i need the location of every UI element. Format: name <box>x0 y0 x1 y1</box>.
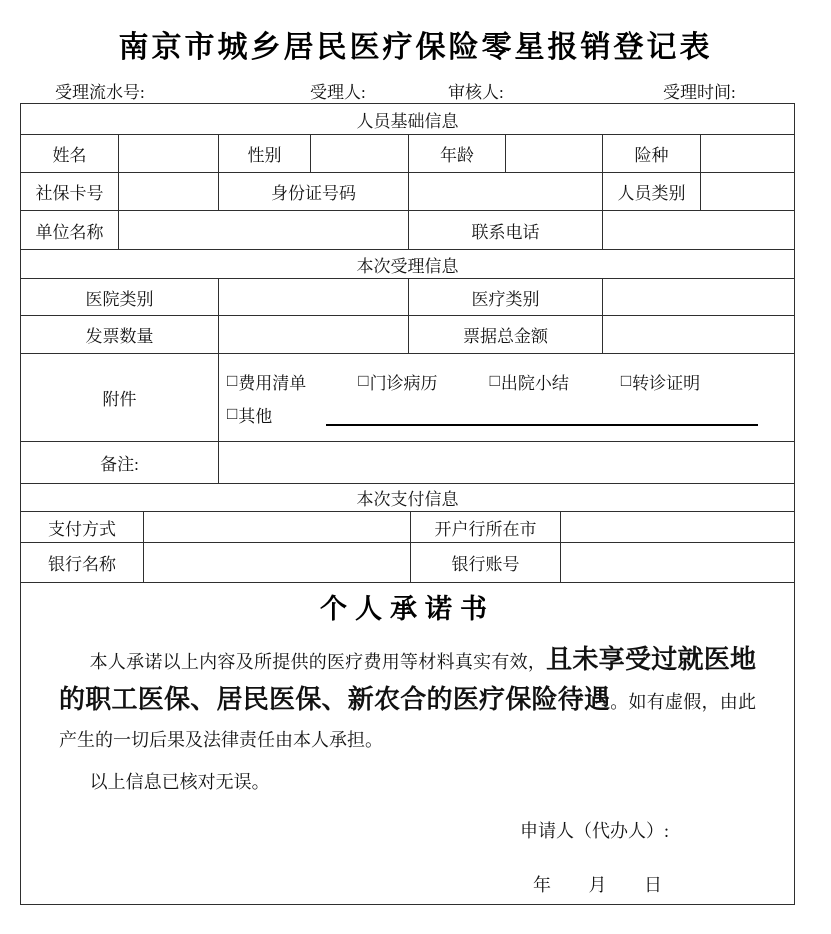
bank-account-label: 银行账号 <box>411 543 561 582</box>
total-amount-value-cell[interactable] <box>603 316 794 353</box>
auditor-label: 审核人: <box>448 78 504 103</box>
payment-method-value-cell[interactable] <box>144 512 411 542</box>
attachment-option-label: 出院小结 <box>501 369 569 394</box>
checkbox-icon: □ <box>358 371 368 391</box>
id-number-value-cell[interactable] <box>409 173 603 210</box>
commitment-paragraph: 本人承诺以上内容及所提供的医疗费用等材料真实有效，且未享受过就医地的职工医保、居… <box>59 641 756 759</box>
basic-info-header: 人员基础信息 <box>21 104 794 134</box>
phone-value-cell[interactable] <box>603 211 794 249</box>
acceptor-label: 受理人: <box>310 78 366 103</box>
row-hospital-medical-type: 医院类别 医疗类别 <box>21 279 794 316</box>
form-table: 人员基础信息 姓名 性别 年龄 险种 社保卡号 身份证号码 人员类别 单位名称 … <box>20 103 795 905</box>
attachment-option-label: 转诊证明 <box>632 369 700 394</box>
employer-value-cell[interactable] <box>119 211 409 249</box>
attachment-option-label: 其他 <box>238 402 272 427</box>
checkbox-icon: □ <box>227 404 237 424</box>
social-card-value-cell[interactable] <box>119 173 219 210</box>
serial-number-label: 受理流水号: <box>55 78 145 103</box>
section-header-acceptance: 本次受理信息 <box>21 250 794 279</box>
attachment-option-other[interactable]: □其他 <box>227 402 272 427</box>
attachments-label: 附件 <box>21 354 219 441</box>
row-employer-phone: 单位名称 联系电话 <box>21 211 794 250</box>
attachment-option-label: 费用清单 <box>238 369 306 394</box>
social-card-label: 社保卡号 <box>21 173 119 210</box>
attachment-option-outpatient-record[interactable]: □门诊病历 <box>358 369 437 394</box>
attachments-line-2: □其他 <box>227 398 786 431</box>
invoice-count-label: 发票数量 <box>21 316 219 353</box>
section-header-payment: 本次支付信息 <box>21 484 794 512</box>
bank-name-label: 银行名称 <box>21 543 144 582</box>
person-category-value-cell[interactable] <box>701 173 794 210</box>
other-fill-line[interactable] <box>326 405 758 426</box>
row-name-gender-age-insurance: 姓名 性别 年龄 险种 <box>21 135 794 173</box>
applicant-label: 申请人（代办人）: <box>59 817 756 843</box>
attachments-options-cell: □费用清单 □门诊病历 □出院小结 □转诊证明 □其他 <box>219 354 794 441</box>
checkbox-icon: □ <box>227 371 237 391</box>
acceptance-info-header: 本次受理信息 <box>21 250 794 278</box>
attachment-option-cost-list[interactable]: □费用清单 <box>227 369 306 394</box>
commitment-cell: 个人承诺书 本人承诺以上内容及所提供的医疗费用等材料真实有效，且未享受过就医地的… <box>21 583 794 904</box>
bank-account-value-cell[interactable] <box>561 543 794 582</box>
attachment-option-discharge-summary[interactable]: □出院小结 <box>490 369 569 394</box>
gender-value-cell[interactable] <box>311 135 409 172</box>
attachment-option-label: 门诊病历 <box>370 369 438 394</box>
payment-info-header: 本次支付信息 <box>21 484 794 511</box>
date-line: 年 月 日 <box>59 871 756 897</box>
insurance-type-value-cell[interactable] <box>701 135 794 172</box>
commitment-text-normal: 本人承诺以上内容及所提供的医疗费用等材料真实有效， <box>90 652 547 672</box>
form-page: 南京市城乡居民医疗保险零星报销登记表 受理流水号: 受理人: 审核人: 受理时间… <box>0 0 831 934</box>
bank-city-label: 开户行所在市 <box>411 512 561 542</box>
invoice-count-value-cell[interactable] <box>219 316 409 353</box>
meta-row: 受理流水号: 受理人: 审核人: 受理时间: <box>0 78 831 100</box>
total-amount-label: 票据总金额 <box>409 316 603 353</box>
row-remarks: 备注: <box>21 442 794 484</box>
checkbox-icon: □ <box>490 371 500 391</box>
name-value-cell[interactable] <box>119 135 219 172</box>
attachments-line-1: □费用清单 □门诊病历 □出院小结 □转诊证明 <box>227 365 786 398</box>
row-bank-info: 银行名称 银行账号 <box>21 543 794 583</box>
medical-type-value-cell[interactable] <box>603 279 794 315</box>
payment-method-label: 支付方式 <box>21 512 144 542</box>
commitment-confirm: 以上信息已核对无误。 <box>59 767 756 797</box>
person-category-label: 人员类别 <box>603 173 701 210</box>
checkbox-icon: □ <box>621 371 631 391</box>
medical-type-label: 医疗类别 <box>409 279 603 315</box>
id-number-label: 身份证号码 <box>219 173 409 210</box>
hospital-type-label: 医院类别 <box>21 279 219 315</box>
age-value-cell[interactable] <box>506 135 603 172</box>
accept-time-label: 受理时间: <box>663 78 736 103</box>
row-invoice-amount: 发票数量 票据总金额 <box>21 316 794 354</box>
page-title: 南京市城乡居民医疗保险零星报销登记表 <box>0 22 831 66</box>
name-label: 姓名 <box>21 135 119 172</box>
gender-label: 性别 <box>219 135 311 172</box>
day-label: 日 <box>644 875 662 895</box>
section-header-basic: 人员基础信息 <box>21 104 794 135</box>
row-attachments: 附件 □费用清单 □门诊病历 □出院小结 □转诊证明 □其他 <box>21 354 794 442</box>
age-label: 年龄 <box>409 135 506 172</box>
bank-city-value-cell[interactable] <box>561 512 794 542</box>
phone-label: 联系电话 <box>409 211 603 249</box>
bank-name-value-cell[interactable] <box>144 543 411 582</box>
row-social-card-id: 社保卡号 身份证号码 人员类别 <box>21 173 794 211</box>
row-commitment: 个人承诺书 本人承诺以上内容及所提供的医疗费用等材料真实有效，且未享受过就医地的… <box>21 583 794 904</box>
year-label: 年 <box>533 875 551 895</box>
employer-label: 单位名称 <box>21 211 119 249</box>
commitment-title: 个人承诺书 <box>59 591 756 627</box>
row-payment-method: 支付方式 开户行所在市 <box>21 512 794 543</box>
attachment-option-referral-certificate[interactable]: □转诊证明 <box>621 369 700 394</box>
month-label: 月 <box>589 875 607 895</box>
hospital-type-value-cell[interactable] <box>219 279 409 315</box>
insurance-type-label: 险种 <box>603 135 701 172</box>
remarks-label: 备注: <box>21 442 219 483</box>
remarks-value-cell[interactable] <box>219 442 794 483</box>
